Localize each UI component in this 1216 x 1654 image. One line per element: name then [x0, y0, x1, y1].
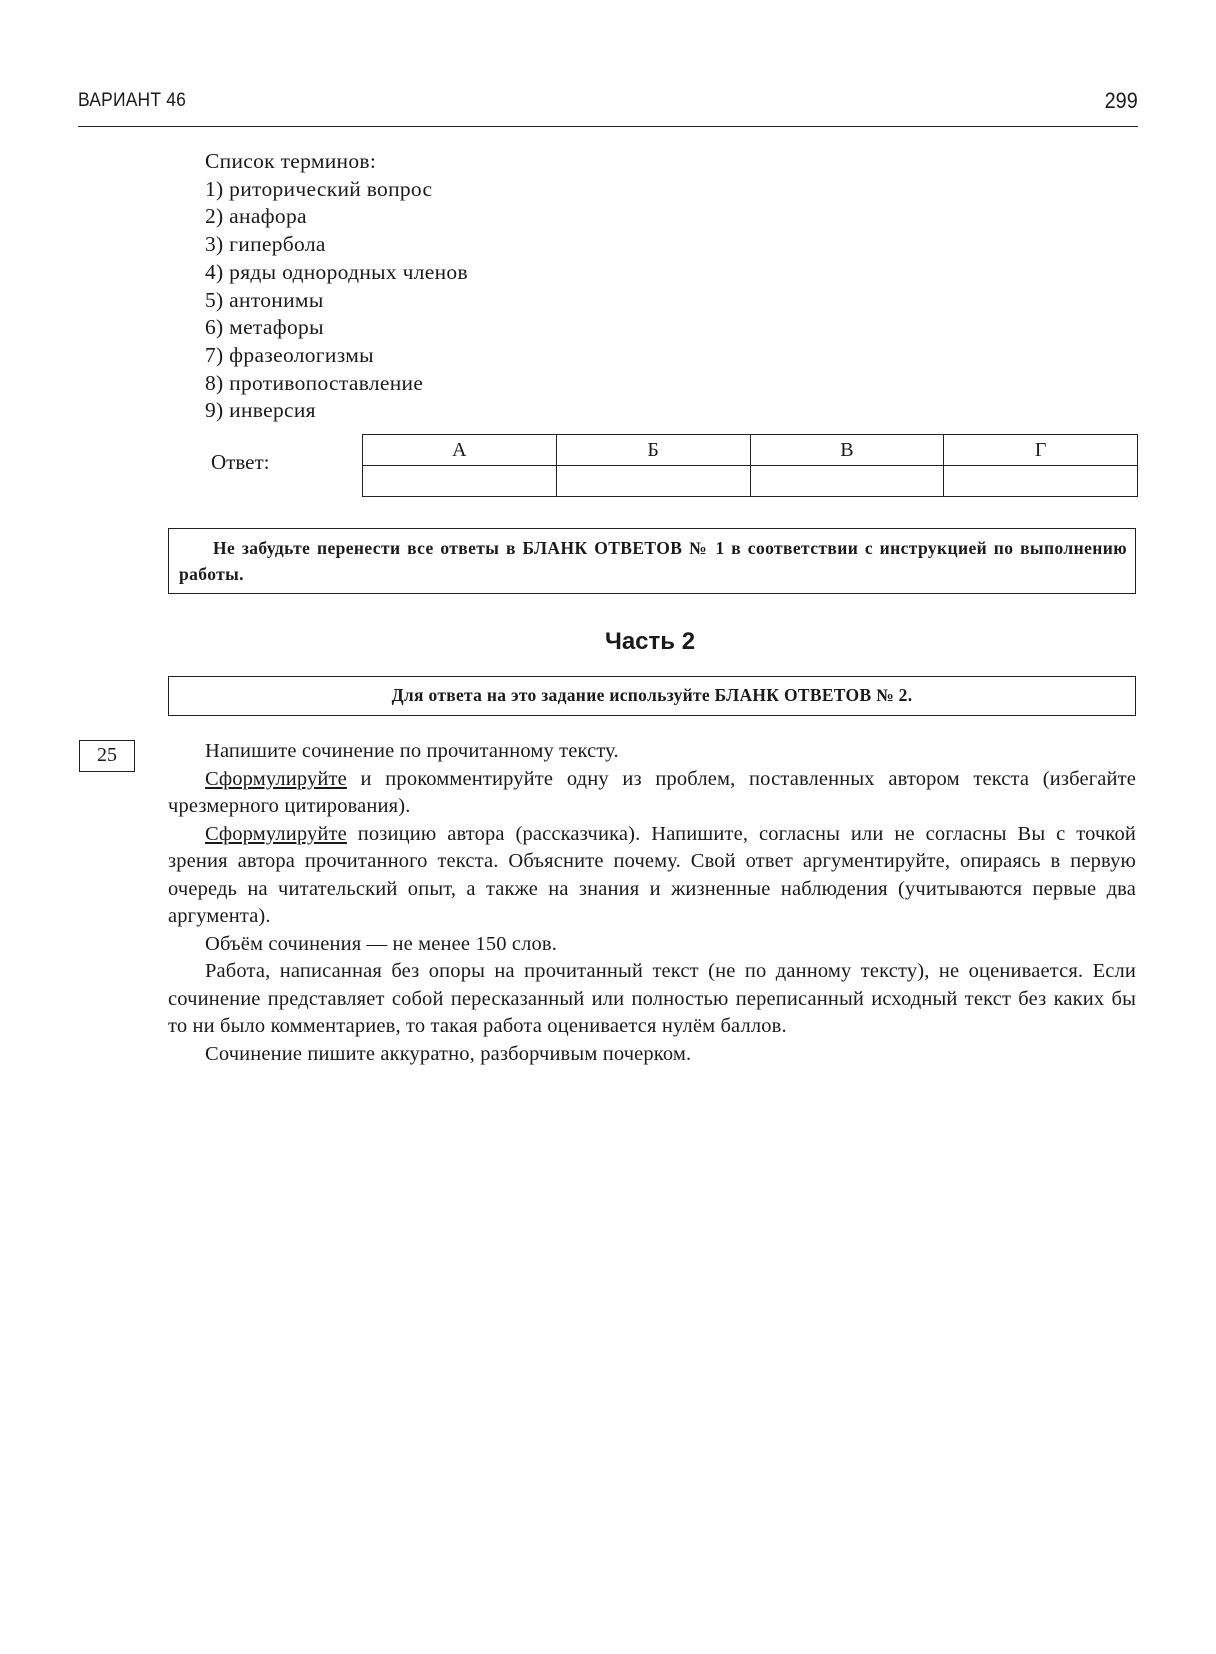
- answer-table: А Б В Г: [362, 434, 1138, 497]
- transfer-notice-text: Не забудьте перенести все ответы в БЛАНК…: [179, 538, 1127, 584]
- underlined-word: Сформулируйте: [205, 768, 347, 790]
- term-item: 7) фразеологизмы: [205, 342, 468, 370]
- task-text: Напишите сочинение по прочитанному текст…: [168, 738, 1136, 1068]
- term-item: 4) ряды однородных членов: [205, 259, 468, 287]
- answer-cell[interactable]: [556, 466, 750, 497]
- term-item: 1) риторический вопрос: [205, 176, 468, 204]
- answer-column-header: В: [750, 435, 944, 466]
- answer-cell[interactable]: [363, 466, 557, 497]
- underlined-word: Сформулируйте: [205, 823, 347, 845]
- answer-column-header: А: [363, 435, 557, 466]
- answer-cell[interactable]: [750, 466, 944, 497]
- task-number-box: 25: [79, 740, 135, 772]
- page-number: 299: [1105, 88, 1138, 114]
- task-paragraph: Объём сочинения — не менее 150 слов.: [168, 931, 1136, 959]
- term-item: 2) анафора: [205, 203, 468, 231]
- task-paragraph: Напишите сочинение по прочитанному текст…: [168, 738, 1136, 766]
- task-paragraph: Сформулируйте и прокомментируйте одну из…: [168, 766, 1136, 821]
- transfer-notice-box: Не забудьте перенести все ответы в БЛАНК…: [168, 528, 1136, 594]
- answer-label: Ответ:: [211, 450, 269, 475]
- term-item: 6) метафоры: [205, 314, 468, 342]
- part-2-title: Часть 2: [0, 628, 1216, 656]
- term-item: 9) инверсия: [205, 397, 468, 425]
- answer-sheet-instruction: Для ответа на это задание используйте БЛ…: [168, 676, 1136, 716]
- terms-list: Список терминов: 1) риторический вопрос …: [205, 148, 468, 425]
- answer-column-header: Г: [944, 435, 1138, 466]
- task-paragraph: Сочинение пишите аккуратно, разборчивым …: [168, 1041, 1136, 1069]
- task-paragraph: Работа, написанная без опоры на прочитан…: [168, 958, 1136, 1041]
- task-paragraph: Сформулируйте позицию автора (рассказчик…: [168, 821, 1136, 931]
- page-header: ВАРИАНТ 46 299: [78, 86, 1138, 127]
- term-item: 8) противопоставление: [205, 370, 468, 398]
- term-item: 3) гипербола: [205, 231, 468, 259]
- answer-column-header: Б: [556, 435, 750, 466]
- terms-title: Список терминов:: [205, 148, 468, 176]
- term-item: 5) антонимы: [205, 287, 468, 315]
- answer-cell[interactable]: [944, 466, 1138, 497]
- variant-title: ВАРИАНТ 46: [78, 90, 186, 112]
